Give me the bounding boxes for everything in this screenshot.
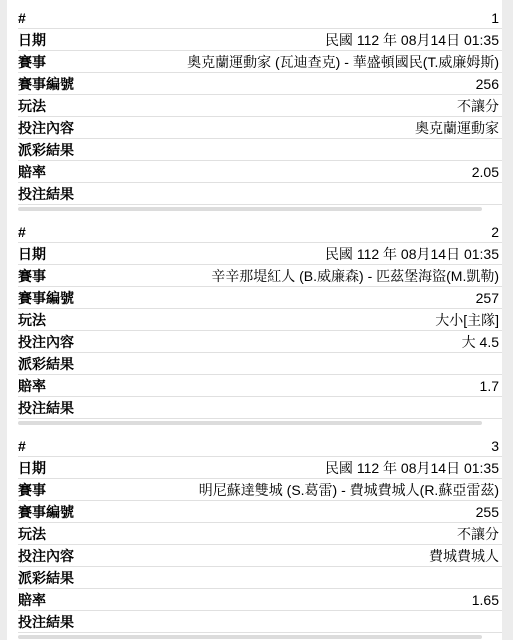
row-bet-result: 投注結果 (18, 183, 502, 205)
row-value: 255 (476, 504, 499, 520)
row-label: 日期 (18, 458, 46, 478)
row-number: # 2 (18, 221, 502, 243)
row-odds: 賠率 1.65 (18, 589, 502, 611)
bet-history-page: # 1 日期 民國 112 年 08月14日 01:35 賽事 奧克蘭運動家 (… (0, 0, 513, 640)
row-value: 民國 112 年 08月14日 01:35 (325, 458, 499, 478)
row-play-type: 玩法 不讓分 (18, 523, 502, 545)
row-label: 派彩結果 (18, 140, 74, 160)
row-label: 玩法 (18, 96, 46, 116)
row-label: 日期 (18, 30, 46, 50)
row-value: 257 (476, 290, 499, 306)
row-event-id: 賽事編號 255 (18, 501, 502, 523)
row-value: 大小[主隊] (435, 310, 499, 330)
row-value: 3 (491, 438, 499, 454)
row-label: 賽事 (18, 52, 46, 72)
row-event-id: 賽事編號 257 (18, 287, 502, 309)
row-value: 2 (491, 224, 499, 240)
row-value: 民國 112 年 08月14日 01:35 (325, 30, 499, 50)
row-bet-content: 投注內容 費城費城人 (18, 545, 502, 567)
row-bet-result: 投注結果 (18, 611, 502, 633)
row-label: 賽事編號 (18, 74, 74, 94)
row-payout-result: 派彩結果 (18, 567, 502, 589)
row-label: 投注結果 (18, 184, 74, 204)
record-divider (18, 207, 482, 211)
row-label: 派彩結果 (18, 354, 74, 374)
row-event: 賽事 奧克蘭運動家 (瓦迪查克) - 華盛頓國民(T.威廉姆斯) (18, 51, 502, 73)
row-label: 投注內容 (18, 118, 74, 138)
row-date: 日期 民國 112 年 08月14日 01:35 (18, 29, 502, 51)
row-value: 奧克蘭運動家 (瓦迪查克) - 華盛頓國民(T.威廉姆斯) (187, 52, 499, 72)
bet-history-list: # 1 日期 民國 112 年 08月14日 01:35 賽事 奧克蘭運動家 (… (7, 0, 502, 640)
row-odds: 賠率 2.05 (18, 161, 502, 183)
row-value: 1.7 (480, 378, 499, 394)
row-event: 賽事 辛辛那堤紅人 (B.威廉森) - 匹茲堡海盜(M.凱勒) (18, 265, 502, 287)
row-label: 投注結果 (18, 612, 74, 632)
row-label: 派彩結果 (18, 568, 74, 588)
row-label: 投注內容 (18, 546, 74, 566)
row-value: 民國 112 年 08月14日 01:35 (325, 244, 499, 264)
row-value: 2.05 (472, 164, 499, 180)
row-value: 辛辛那堤紅人 (B.威廉森) - 匹茲堡海盜(M.凱勒) (211, 266, 499, 286)
row-value: 1.65 (472, 592, 499, 608)
row-label: # (18, 10, 26, 26)
row-label: 日期 (18, 244, 46, 264)
row-bet-content: 投注內容 大 4.5 (18, 331, 502, 353)
row-value: 1 (491, 10, 499, 26)
record-divider (18, 635, 482, 639)
row-label: 投注結果 (18, 398, 74, 418)
row-value: 不讓分 (457, 524, 499, 544)
row-label: 賠率 (18, 376, 46, 396)
row-label: 賽事 (18, 480, 46, 500)
row-value: 大 4.5 (462, 332, 499, 352)
row-odds: 賠率 1.7 (18, 375, 502, 397)
row-label: # (18, 438, 26, 454)
record-divider (18, 421, 482, 425)
row-label: 賽事編號 (18, 502, 74, 522)
row-number: # 1 (18, 7, 502, 29)
bet-record-card: # 3 日期 民國 112 年 08月14日 01:35 賽事 明尼蘇達雙城 (… (7, 435, 502, 639)
row-bet-result: 投注結果 (18, 397, 502, 419)
bet-record-card: # 1 日期 民國 112 年 08月14日 01:35 賽事 奧克蘭運動家 (… (7, 7, 502, 211)
row-label: 賽事編號 (18, 288, 74, 308)
row-value: 費城費城人 (429, 546, 499, 566)
row-value: 不讓分 (457, 96, 499, 116)
row-value: 奧克蘭運動家 (415, 118, 499, 138)
row-value: 256 (476, 76, 499, 92)
row-value: 明尼蘇達雙城 (S.葛雷) - 費城費城人(R.蘇亞雷茲) (199, 480, 499, 500)
row-number: # 3 (18, 435, 502, 457)
row-label: 賠率 (18, 590, 46, 610)
row-label: 賽事 (18, 266, 46, 286)
row-label: 賠率 (18, 162, 46, 182)
row-play-type: 玩法 不讓分 (18, 95, 502, 117)
row-play-type: 玩法 大小[主隊] (18, 309, 502, 331)
row-label: 投注內容 (18, 332, 74, 352)
row-bet-content: 投注內容 奧克蘭運動家 (18, 117, 502, 139)
row-label: # (18, 224, 26, 240)
row-label: 玩法 (18, 310, 46, 330)
row-payout-result: 派彩結果 (18, 139, 502, 161)
row-date: 日期 民國 112 年 08月14日 01:35 (18, 243, 502, 265)
bet-record-card: # 2 日期 民國 112 年 08月14日 01:35 賽事 辛辛那堤紅人 (… (7, 221, 502, 425)
row-label: 玩法 (18, 524, 46, 544)
row-payout-result: 派彩結果 (18, 353, 502, 375)
row-date: 日期 民國 112 年 08月14日 01:35 (18, 457, 502, 479)
row-event-id: 賽事編號 256 (18, 73, 502, 95)
row-event: 賽事 明尼蘇達雙城 (S.葛雷) - 費城費城人(R.蘇亞雷茲) (18, 479, 502, 501)
